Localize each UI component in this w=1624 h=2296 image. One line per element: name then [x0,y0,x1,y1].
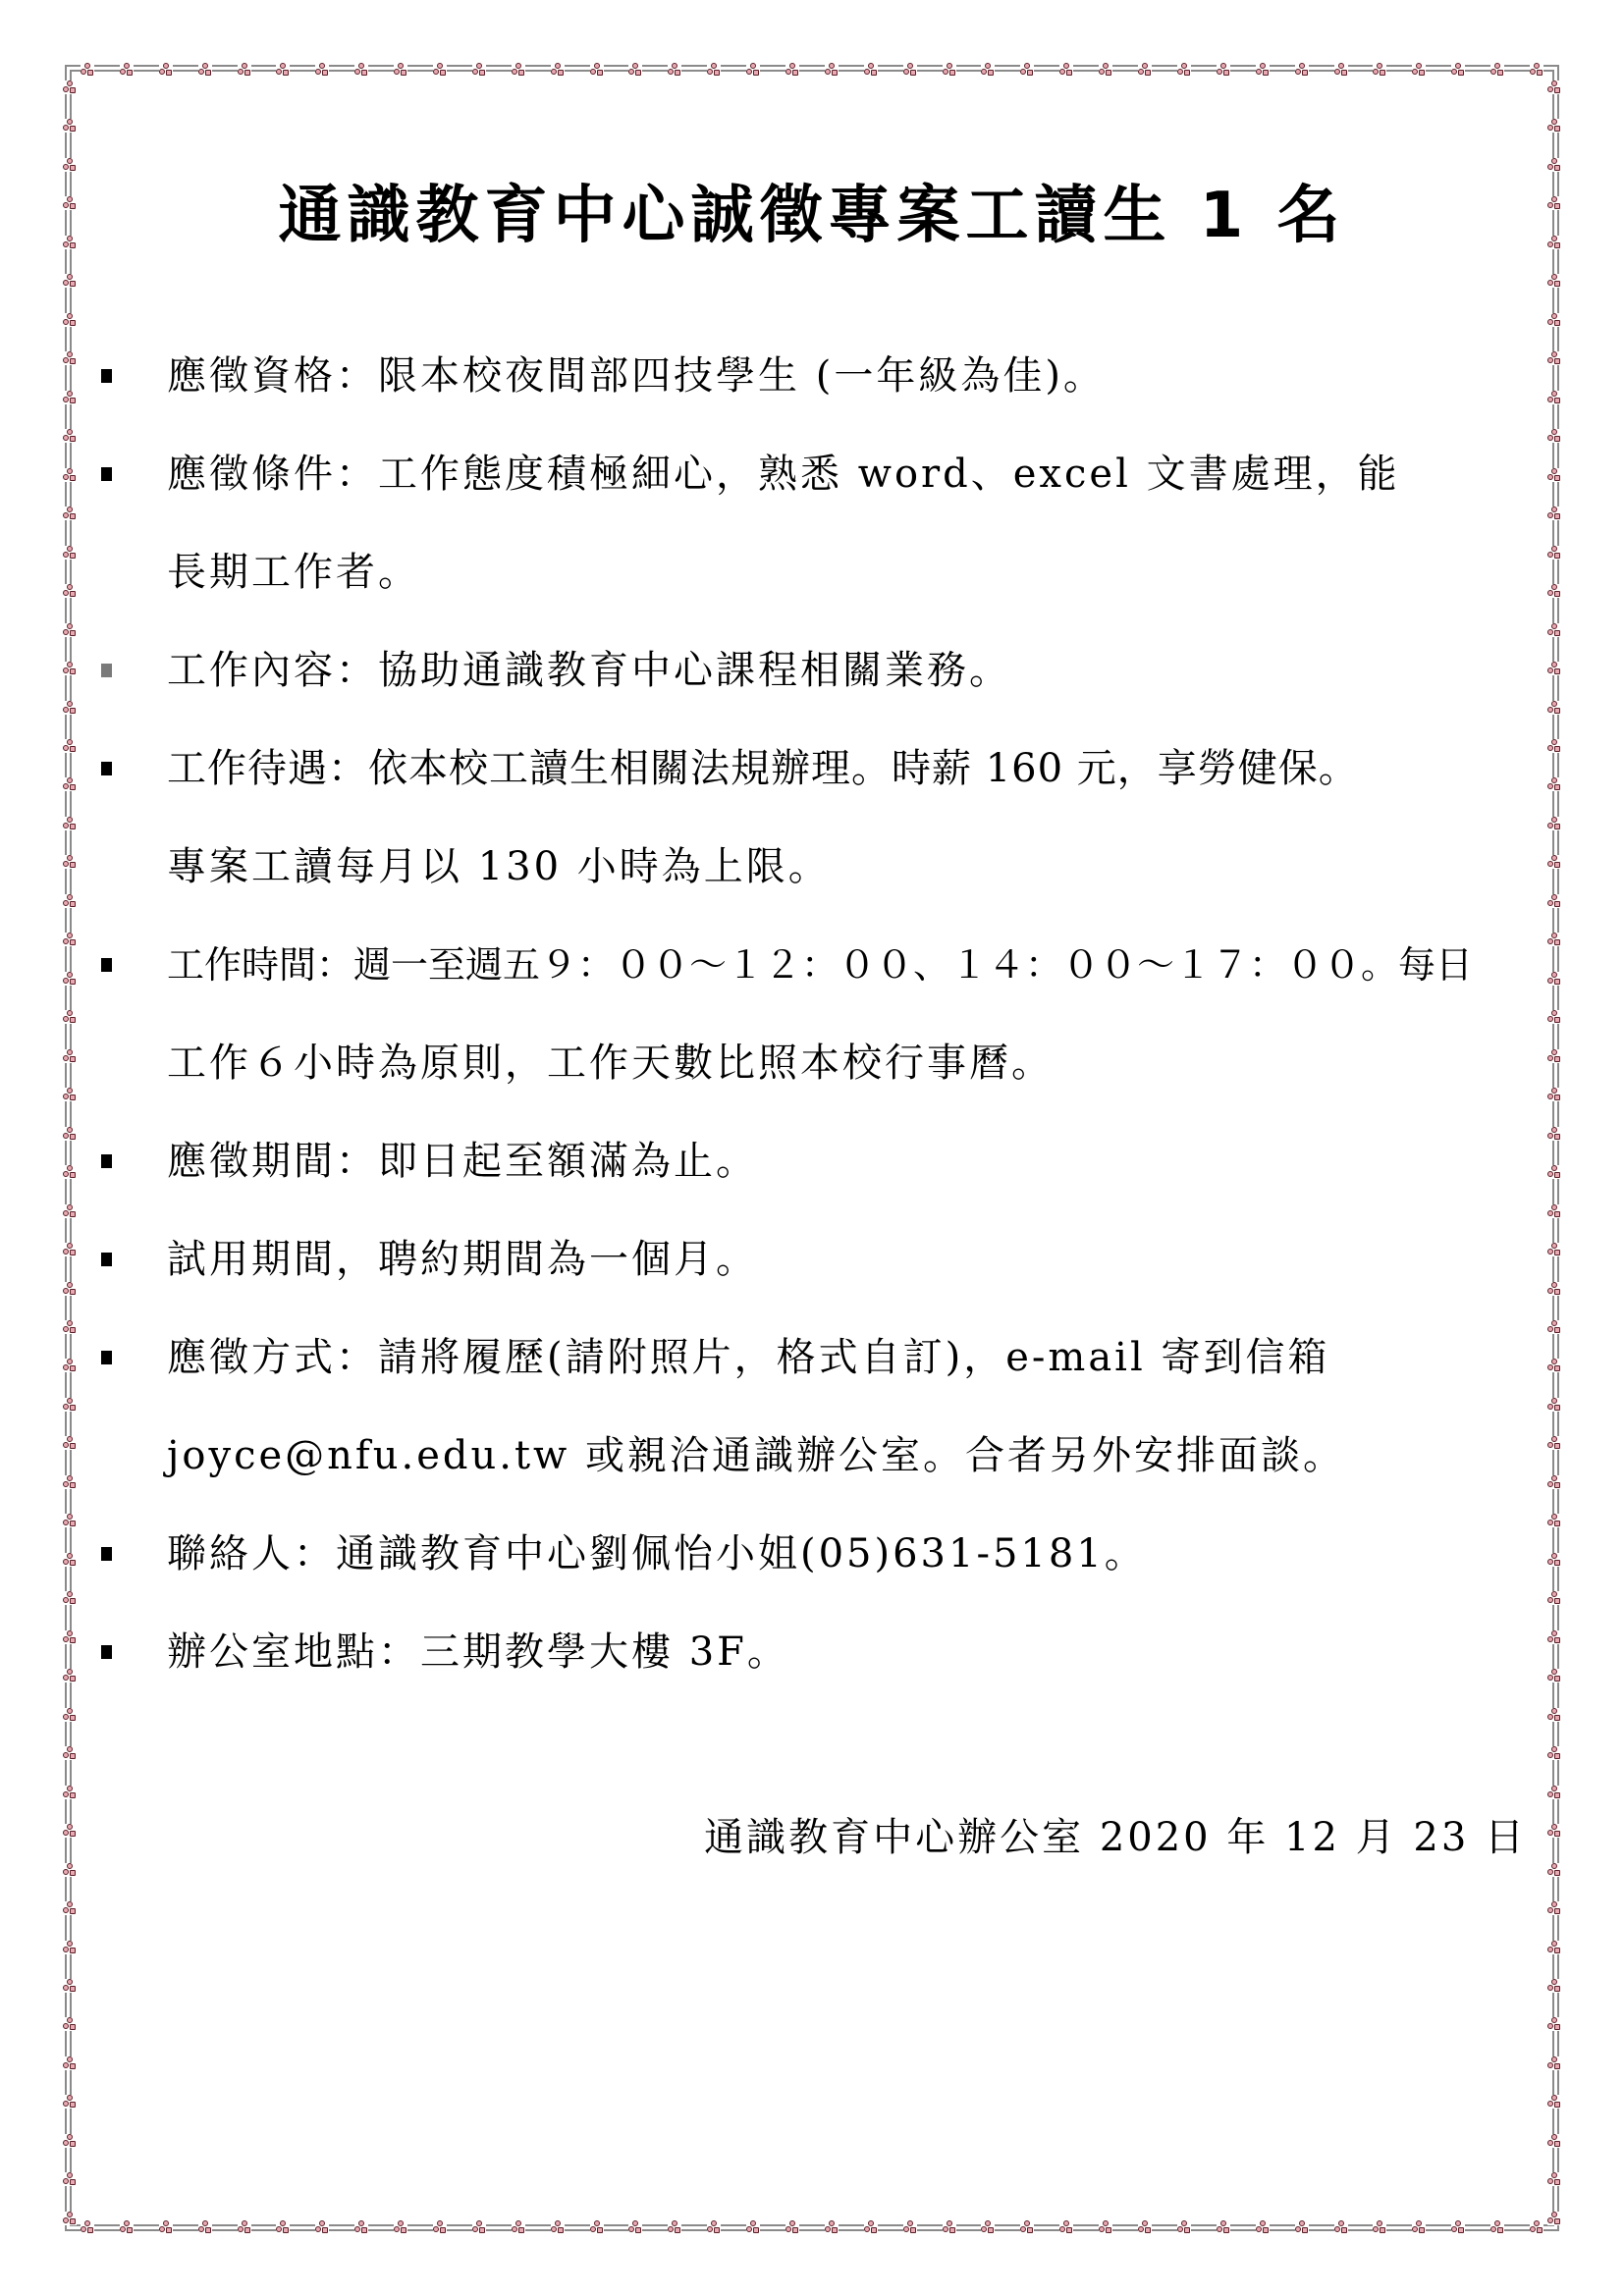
flower-ornament-icon [394,63,407,77]
flower-ornament-icon [1295,2220,1309,2234]
flower-ornament-icon [1547,1165,1561,1179]
flower-ornament-icon [63,1669,77,1682]
item-text-continued: 工作６小時為原則，工作天數比照本校行事曆。 [167,1014,1542,1112]
border-ornaments-bottom [81,2220,1543,2234]
flower-ornament-icon [433,63,447,77]
list-item-how-to-apply: 應徵方式：請將履歷(請附照片，格式自訂)，e-mail 寄到信箱 joyce@n… [98,1308,1542,1505]
square-bullet-icon [101,1645,112,1659]
flower-ornament-icon [276,2220,290,2234]
flower-ornament-icon [63,1436,77,1450]
flower-ornament-icon [63,2134,77,2148]
flower-ornament-icon [1547,2056,1561,2070]
flower-ornament-icon [63,1475,77,1489]
flower-ornament-icon [63,2212,77,2225]
flower-ornament-icon [1547,1901,1561,1915]
item-text: 應徵資格：限本校夜間部四技學生 (一年級為佳)。 [167,327,1542,425]
flower-ornament-icon [707,63,721,77]
flower-ornament-icon [1547,972,1561,986]
flower-ornament-icon [1020,63,1034,77]
flower-ornament-icon [746,63,760,77]
item-text: 應徵條件：工作態度積極細心，熟悉 word、excel 文書處理，能 [167,425,1542,523]
flower-ornament-icon [1547,274,1561,288]
flower-ornament-icon [63,1320,77,1334]
flower-ornament-icon [63,468,77,482]
flower-ornament-icon [63,1010,77,1024]
flower-ornament-icon [1138,2220,1152,2234]
flower-ornament-icon [63,584,77,598]
square-bullet-icon [101,762,112,775]
item-text: 工作待遇：依本校工讀生相關法規辦理。時薪 160 元，享勞健保。 [167,720,1542,818]
flower-ornament-icon [63,777,77,791]
flower-ornament-icon [1412,63,1426,77]
flower-ornament-icon [1373,63,1386,77]
item-text-continued: 長期工作者。 [167,523,1542,621]
flower-ornament-icon [63,739,77,753]
flower-ornament-icon [63,2172,77,2186]
border-ornaments-top [81,63,1543,77]
list-item-application-period: 應徵期間：即日起至額滿為止。 [98,1112,1542,1210]
flower-ornament-icon [63,2095,77,2109]
flower-ornament-icon [63,1049,77,1063]
flower-ornament-icon [1490,63,1504,77]
square-bullet-icon [101,1547,112,1561]
flower-ornament-icon [551,63,565,77]
square-bullet-icon [101,467,112,481]
flower-ornament-icon [1547,662,1561,675]
flower-ornament-icon [63,2017,77,2031]
flower-ornament-icon [512,63,525,77]
flower-ornament-icon [1547,701,1561,715]
flower-ornament-icon [1059,2220,1073,2234]
list-item-contact: 聯絡人：通識教育中心劉佩怡小姐(05)631-5181。 [98,1505,1542,1603]
item-text: 工作內容：協助通識教育中心課程相關業務。 [167,621,1542,720]
item-text: 試用期間，聘約期間為一個月。 [167,1210,1542,1308]
page-title: 通識教育中心誠徵專案工讀生 1 名 [0,165,1624,255]
flower-ornament-icon [63,1398,77,1412]
flower-ornament-icon [981,63,995,77]
flower-ornament-icon [472,63,486,77]
flower-ornament-icon [63,1359,77,1372]
flower-ornament-icon [198,2220,212,2234]
flower-ornament-icon [903,2220,917,2234]
flower-ornament-icon [1059,63,1073,77]
item-text: 辦公室地點：三期教學大樓 3F。 [167,1603,1542,1701]
flower-ornament-icon [1547,2134,1561,2148]
flower-ornament-icon [590,2220,604,2234]
flower-ornament-icon [864,2220,878,2234]
square-bullet-icon [101,369,112,383]
square-bullet-icon [101,1154,112,1168]
flower-ornament-icon [1490,2220,1504,2234]
flower-ornament-icon [1547,119,1561,133]
flower-ornament-icon [1547,894,1561,908]
flower-ornament-icon [1451,63,1465,77]
flower-ornament-icon [1530,2220,1543,2234]
flower-ornament-icon [315,63,329,77]
flower-ornament-icon [1547,507,1561,520]
flower-ornament-icon [864,63,878,77]
flower-ornament-icon [63,933,77,946]
flower-ornament-icon [433,2220,447,2234]
flower-ornament-icon [1547,1941,1561,1954]
flower-ornament-icon [1547,739,1561,753]
flower-ornament-icon [81,2220,94,2234]
item-text: 應徵方式：請將履歷(請附照片，格式自訂)，e-mail 寄到信箱 [167,1308,1542,1407]
flower-ornament-icon [63,855,77,869]
border-ornaments-left [63,80,77,2225]
flower-ornament-icon [63,1824,77,1838]
flower-ornament-icon [1547,777,1561,791]
flower-ornament-icon [590,63,604,77]
flower-ornament-icon [1547,1010,1561,1024]
flower-ornament-icon [63,119,77,133]
flower-ornament-icon [1547,1514,1561,1527]
flower-ornament-icon [63,1553,77,1567]
flower-ornament-icon [943,2220,956,2234]
flower-ornament-icon [1547,817,1561,830]
flower-ornament-icon [63,1786,77,1799]
flower-ornament-icon [63,391,77,404]
flower-ornament-icon [785,63,799,77]
flower-ornament-icon [825,2220,839,2234]
flower-ornament-icon [1138,63,1152,77]
list-item-job-content: 工作內容：協助通識教育中心課程相關業務。 [98,621,1542,720]
flower-ornament-icon [1547,2095,1561,2109]
flower-ornament-icon [81,63,94,77]
flower-ornament-icon [63,1243,77,1256]
flower-ornament-icon [1547,1475,1561,1489]
list-item-compensation: 工作待遇：依本校工讀生相關法規辦理。時薪 160 元，享勞健保。 專案工讀每月以… [98,720,1542,916]
flower-ornament-icon [1547,855,1561,869]
list-item-working-hours: 工作時間：週一至週五９：００～１２：００、１４：００～１７：００。每日 工作６小… [98,916,1542,1112]
flower-ornament-icon [238,2220,251,2234]
flower-ornament-icon [120,2220,134,2234]
flower-ornament-icon [1547,546,1561,560]
flower-ornament-icon [628,63,642,77]
flower-ornament-icon [707,2220,721,2234]
list-item-probation: 試用期間，聘約期間為一個月。 [98,1210,1542,1308]
flower-ornament-icon [63,623,77,637]
flower-ornament-icon [1547,1320,1561,1334]
flower-ornament-icon [1547,1746,1561,1760]
flower-ornament-icon [512,2220,525,2234]
flower-ornament-icon [1547,1243,1561,1256]
flower-ornament-icon [63,274,77,288]
flower-ornament-icon [63,1165,77,1179]
flower-ornament-icon [981,2220,995,2234]
square-bullet-icon [101,664,112,677]
flower-ornament-icon [63,1901,77,1915]
flower-ornament-icon [785,2220,799,2234]
flower-ornament-icon [159,2220,173,2234]
flower-ornament-icon [63,1088,77,1101]
flower-ornament-icon [1547,1282,1561,1296]
flower-ornament-icon [1217,2220,1230,2234]
flower-ornament-icon [63,2056,77,2070]
flower-ornament-icon [1099,2220,1112,2234]
flower-ornament-icon [315,2220,329,2234]
flower-ornament-icon [1547,1553,1561,1567]
flower-ornament-icon [1547,1591,1561,1605]
flower-ornament-icon [63,1863,77,1877]
flower-ornament-icon [1547,313,1561,327]
flower-ornament-icon [63,507,77,520]
flower-ornament-icon [943,63,956,77]
flower-ornament-icon [1547,80,1561,94]
flower-ornament-icon [1547,391,1561,404]
flower-ornament-icon [63,429,77,443]
flower-ornament-icon [1547,2172,1561,2186]
square-bullet-icon [101,1351,112,1364]
flower-ornament-icon [120,63,134,77]
item-text: 聯絡人：通識教育中心劉佩怡小姐(05)631-5181。 [167,1505,1542,1603]
flower-ornament-icon [1334,63,1348,77]
flower-ornament-icon [63,662,77,675]
flower-ornament-icon [63,80,77,94]
job-details-list: 應徵資格：限本校夜間部四技學生 (一年級為佳)。 應徵條件：工作態度積極細心，熟… [98,327,1542,1701]
flower-ornament-icon [63,817,77,830]
flower-ornament-icon [354,2220,368,2234]
flower-ornament-icon [746,2220,760,2234]
flower-ornament-icon [1547,351,1561,365]
flower-ornament-icon [1217,63,1230,77]
flower-ornament-icon [1547,1088,1561,1101]
flower-ornament-icon [1177,63,1191,77]
flower-ornament-icon [1451,2220,1465,2234]
flower-ornament-icon [238,63,251,77]
flower-ornament-icon [1547,429,1561,443]
flower-ornament-icon [63,1514,77,1527]
flower-ornament-icon [63,1127,77,1141]
flower-ornament-icon [1547,1824,1561,1838]
flower-ornament-icon [1256,2220,1270,2234]
flower-ornament-icon [1334,2220,1348,2234]
flower-ornament-icon [1547,1708,1561,1722]
border-ornaments-right [1547,80,1561,2225]
flower-ornament-icon [1547,1204,1561,1218]
flower-ornament-icon [1547,1127,1561,1141]
list-item-requirements: 應徵條件：工作態度積極細心，熟悉 word、excel 文書處理，能 長期工作者… [98,425,1542,621]
square-bullet-icon [101,1253,112,1266]
flower-ornament-icon [903,63,917,77]
flower-ornament-icon [354,63,368,77]
flower-ornament-icon [1547,2212,1561,2225]
flower-ornament-icon [63,972,77,986]
flower-ornament-icon [63,1746,77,1760]
flower-ornament-icon [63,701,77,715]
flower-ornament-icon [1547,1979,1561,1993]
flower-ornament-icon [1547,933,1561,946]
flower-ornament-icon [1547,1630,1561,1644]
flower-ornament-icon [63,1630,77,1644]
flower-ornament-icon [63,1979,77,1993]
flower-ornament-icon [1530,63,1543,77]
list-item-qualification: 應徵資格：限本校夜間部四技學生 (一年級為佳)。 [98,327,1542,425]
flower-ornament-icon [628,2220,642,2234]
item-text: 應徵期間：即日起至額滿為止。 [167,1112,1542,1210]
flower-ornament-icon [198,63,212,77]
flower-ornament-icon [63,546,77,560]
signature-date: 通識教育中心辦公室 2020 年 12 月 23 日 [638,1806,1527,1862]
flower-ornament-icon [63,1708,77,1722]
item-text-continued: joyce@nfu.edu.tw 或親洽通識辦公室。合者另外安排面談。 [167,1407,1542,1505]
flower-ornament-icon [1256,63,1270,77]
flower-ornament-icon [472,2220,486,2234]
flower-ornament-icon [1295,63,1309,77]
flower-ornament-icon [1020,2220,1034,2234]
square-bullet-icon [101,958,112,972]
flower-ornament-icon [63,1282,77,1296]
flower-ornament-icon [1412,2220,1426,2234]
flower-ornament-icon [1547,1436,1561,1450]
flower-ornament-icon [276,63,290,77]
flower-ornament-icon [1177,2220,1191,2234]
flower-ornament-icon [159,63,173,77]
flower-ornament-icon [1547,1398,1561,1412]
flower-ornament-icon [63,1591,77,1605]
flower-ornament-icon [63,894,77,908]
flower-ornament-icon [63,1204,77,1218]
flower-ornament-icon [825,63,839,77]
flower-ornament-icon [551,2220,565,2234]
flower-ornament-icon [394,2220,407,2234]
flower-ornament-icon [1547,2017,1561,2031]
flower-ornament-icon [1547,1049,1561,1063]
list-item-office-location: 辦公室地點：三期教學大樓 3F。 [98,1603,1542,1701]
flower-ornament-icon [1547,468,1561,482]
item-text: 工作時間：週一至週五９：００～１２：００、１４：００～１７：００。每日 [167,916,1542,1014]
flower-ornament-icon [63,313,77,327]
flower-ornament-icon [668,63,681,77]
flower-ornament-icon [63,1941,77,1954]
flower-ornament-icon [1099,63,1112,77]
flower-ornament-icon [1547,1863,1561,1877]
flower-ornament-icon [1547,1786,1561,1799]
flower-ornament-icon [63,351,77,365]
flower-ornament-icon [1547,1669,1561,1682]
flower-ornament-icon [1547,623,1561,637]
flower-ornament-icon [1373,2220,1386,2234]
flower-ornament-icon [1547,584,1561,598]
flower-ornament-icon [668,2220,681,2234]
flower-ornament-icon [1547,1359,1561,1372]
item-text-continued: 專案工讀每月以 130 小時為上限。 [167,818,1542,916]
